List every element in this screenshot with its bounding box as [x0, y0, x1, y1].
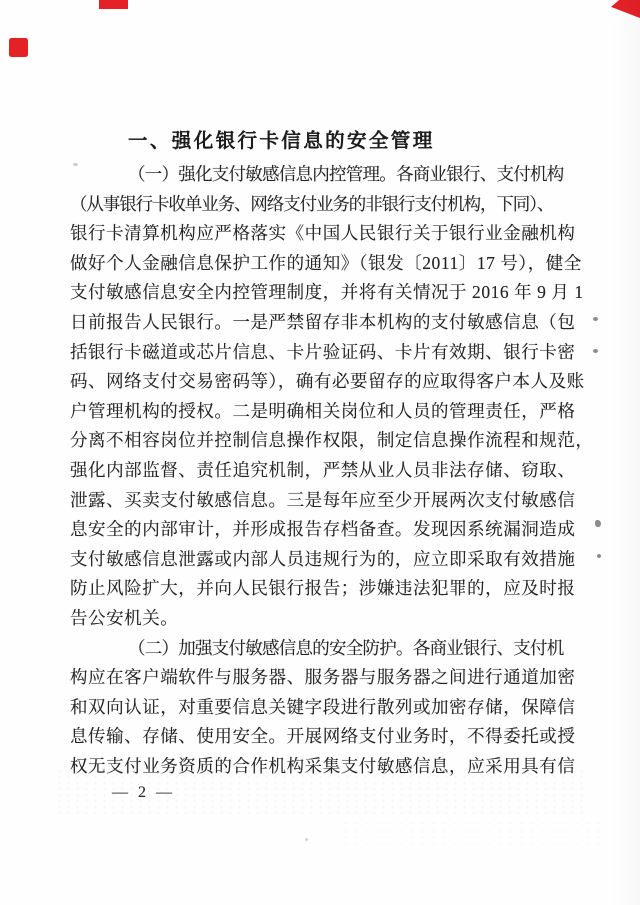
body-line: 支付敏感信息泄露或内部人员违规行为的，应立即采取有效措施 — [70, 545, 562, 575]
body-line: 强化内部监督、责任追究机制，严禁从业人员非法存储、窃取、 — [70, 456, 562, 486]
document-page: 一、强化银行卡信息的安全管理 （一）强化支付敏感信息内控管理。各商业银行、支付机… — [0, 0, 640, 905]
body-line: 日前报告人民银行。一是严禁留存非本机构的支付敏感信息（包 — [70, 308, 562, 338]
body-line: 码、网络支付交易密码等），确有必要留存的应取得客户本人及账 — [70, 367, 562, 397]
body-line: 权无支付业务资质的合作机构采集支付敏感信息，应采用具有信 — [70, 752, 562, 782]
body-line: 括银行卡磁道或芯片信息、卡片验证码、卡片有效期、银行卡密 — [70, 338, 562, 368]
body-line: 泄露、买卖支付敏感信息。三是每年应至少开展两次支付敏感信 — [70, 486, 562, 516]
red-stamp-top-icon — [99, 0, 128, 9]
red-stamp-corner-icon — [611, 0, 640, 18]
body-line: 息传输、存储、使用安全。开展网络支付业务时，不得委托或授 — [70, 722, 562, 752]
red-stamp-left-icon — [9, 38, 28, 57]
body-line: （一）强化支付敏感信息内控管理。各商业银行、支付机构 — [70, 160, 562, 190]
body-line: 构应在客户端软件与服务器、服务器与服务器之间进行通道加密 — [70, 663, 562, 693]
scan-speck — [73, 163, 78, 166]
scan-speck — [305, 838, 308, 841]
body-line: （二）加强支付敏感信息的安全防护。各商业银行、支付机 — [70, 634, 562, 664]
body-line: 支付敏感信息安全内控管理制度，并将有关情况于 2016 年 9 月 1 — [70, 278, 562, 308]
body-line: 户管理机构的授权。二是明确相关岗位和人员的管理责任，严格 — [70, 397, 562, 427]
scan-noise-band — [340, 820, 600, 850]
body-line: （从事银行卡收单业务、网络支付业务的非银行支付机构，下同）、 — [70, 190, 562, 220]
section-heading: 一、强化银行卡信息的安全管理 — [70, 129, 562, 160]
scan-speck — [595, 520, 601, 527]
page-number: — 2 — — [112, 784, 175, 802]
scan-speck — [593, 317, 598, 321]
body-line: 分离不相容岗位并控制信息操作权限，制定信息操作流程和规范， — [70, 426, 562, 456]
scan-speck — [597, 554, 601, 558]
document-body: 一、强化银行卡信息的安全管理 （一）强化支付敏感信息内控管理。各商业银行、支付机… — [70, 129, 562, 781]
body-line: 做好个人金融信息保护工作的通知》（银发〔2011〕17 号），健全 — [70, 249, 562, 279]
body-line: 告公安机关。 — [70, 604, 562, 634]
scan-edge-shading — [610, 0, 640, 905]
body-line: 银行卡清算机构应严格落实《中国人民银行关于银行业金融机构 — [70, 219, 562, 249]
scan-speck — [593, 349, 598, 353]
body-line: 息安全的内部审计，并形成报告存档备查。发现因系统漏洞造成 — [70, 515, 562, 545]
body-line: 防止风险扩大，并向人民银行报告；涉嫌违法犯罪的，应及时报 — [70, 574, 562, 604]
body-line: 和双向认证，对重要信息关键字段进行散列或加密存储，保障信 — [70, 693, 562, 723]
